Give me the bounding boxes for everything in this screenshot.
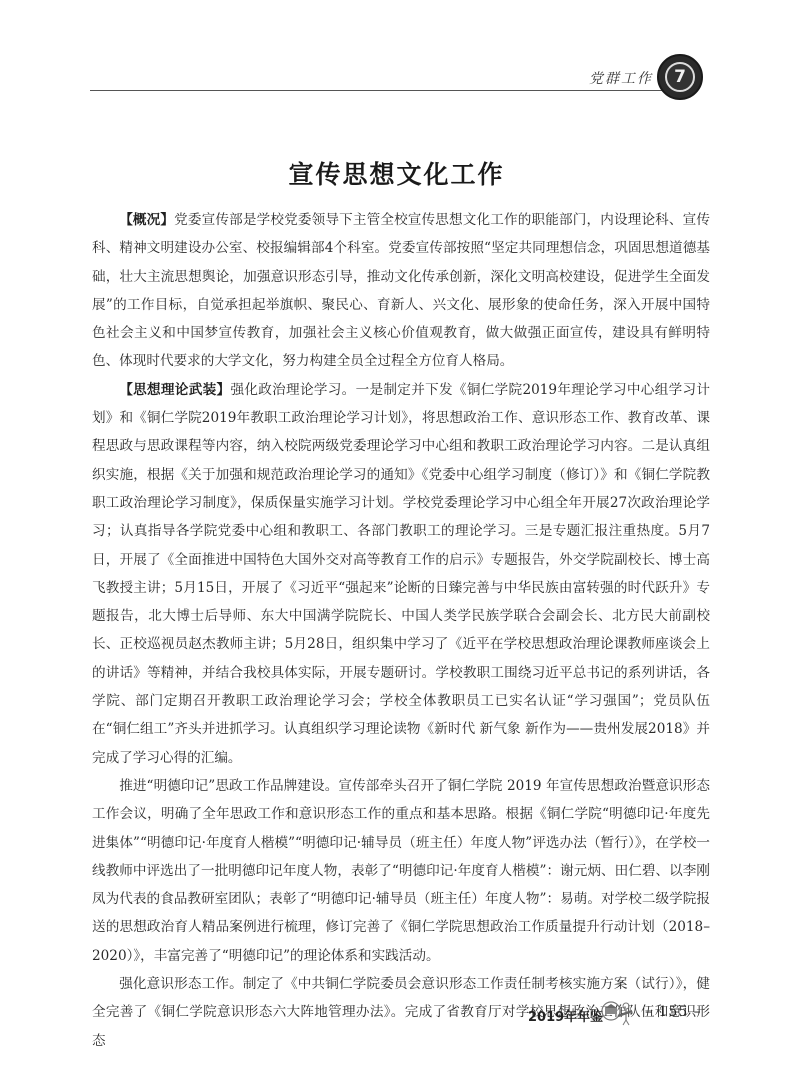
university-seal-icon: 7 [657,54,703,100]
yearbook-emblem-icon [600,1000,634,1026]
section-tag: 【概况】 [119,212,174,228]
paragraph-text: 推进“明德印记”思政工作品牌建设。宣传部牵头召开了铜仁学院 2019 年宣传思想… [92,778,710,964]
running-header: 党群工作 7 [90,60,703,116]
page-title: 宣传思想文化工作 [0,155,793,191]
paragraph-overview: 【概况】党委宣传部是学校党委领导下主管全校宣传思想文化工作的职能部门，内设理论科… [92,206,710,376]
paragraph-text: 强化政治理论学习。一是制定并下发《铜仁学院2019年理论学习中心组学习计划》和《… [92,382,710,766]
paragraph-theory: 【思想理论武装】强化政治理论学习。一是制定并下发《铜仁学院2019年理论学习中心… [92,376,710,772]
section-name: 党群工作 [589,68,653,88]
paragraph-brand: 推进“明德印记”思政工作品牌建设。宣传部牵头召开了铜仁学院 2019 年宣传思想… [92,772,710,970]
article-body: 【概况】党委宣传部是学校党委领导下主管全校宣传思想文化工作的职能部门，内设理论科… [92,206,710,1055]
header-rule [90,90,670,91]
page-footer: 2019年年鉴 – 155 – [0,1000,793,1040]
seal-glyph: 7 [665,62,695,92]
section-tag: 【思想理论武装】 [119,382,230,398]
paragraph-text: 党委宣传部是学校党委领导下主管全校宣传思想文化工作的职能部门，内设理论科、宣传科… [92,212,710,369]
yearbook-label: 2019年年鉴 [528,1006,603,1025]
page-number: – 155 – [645,1004,702,1020]
